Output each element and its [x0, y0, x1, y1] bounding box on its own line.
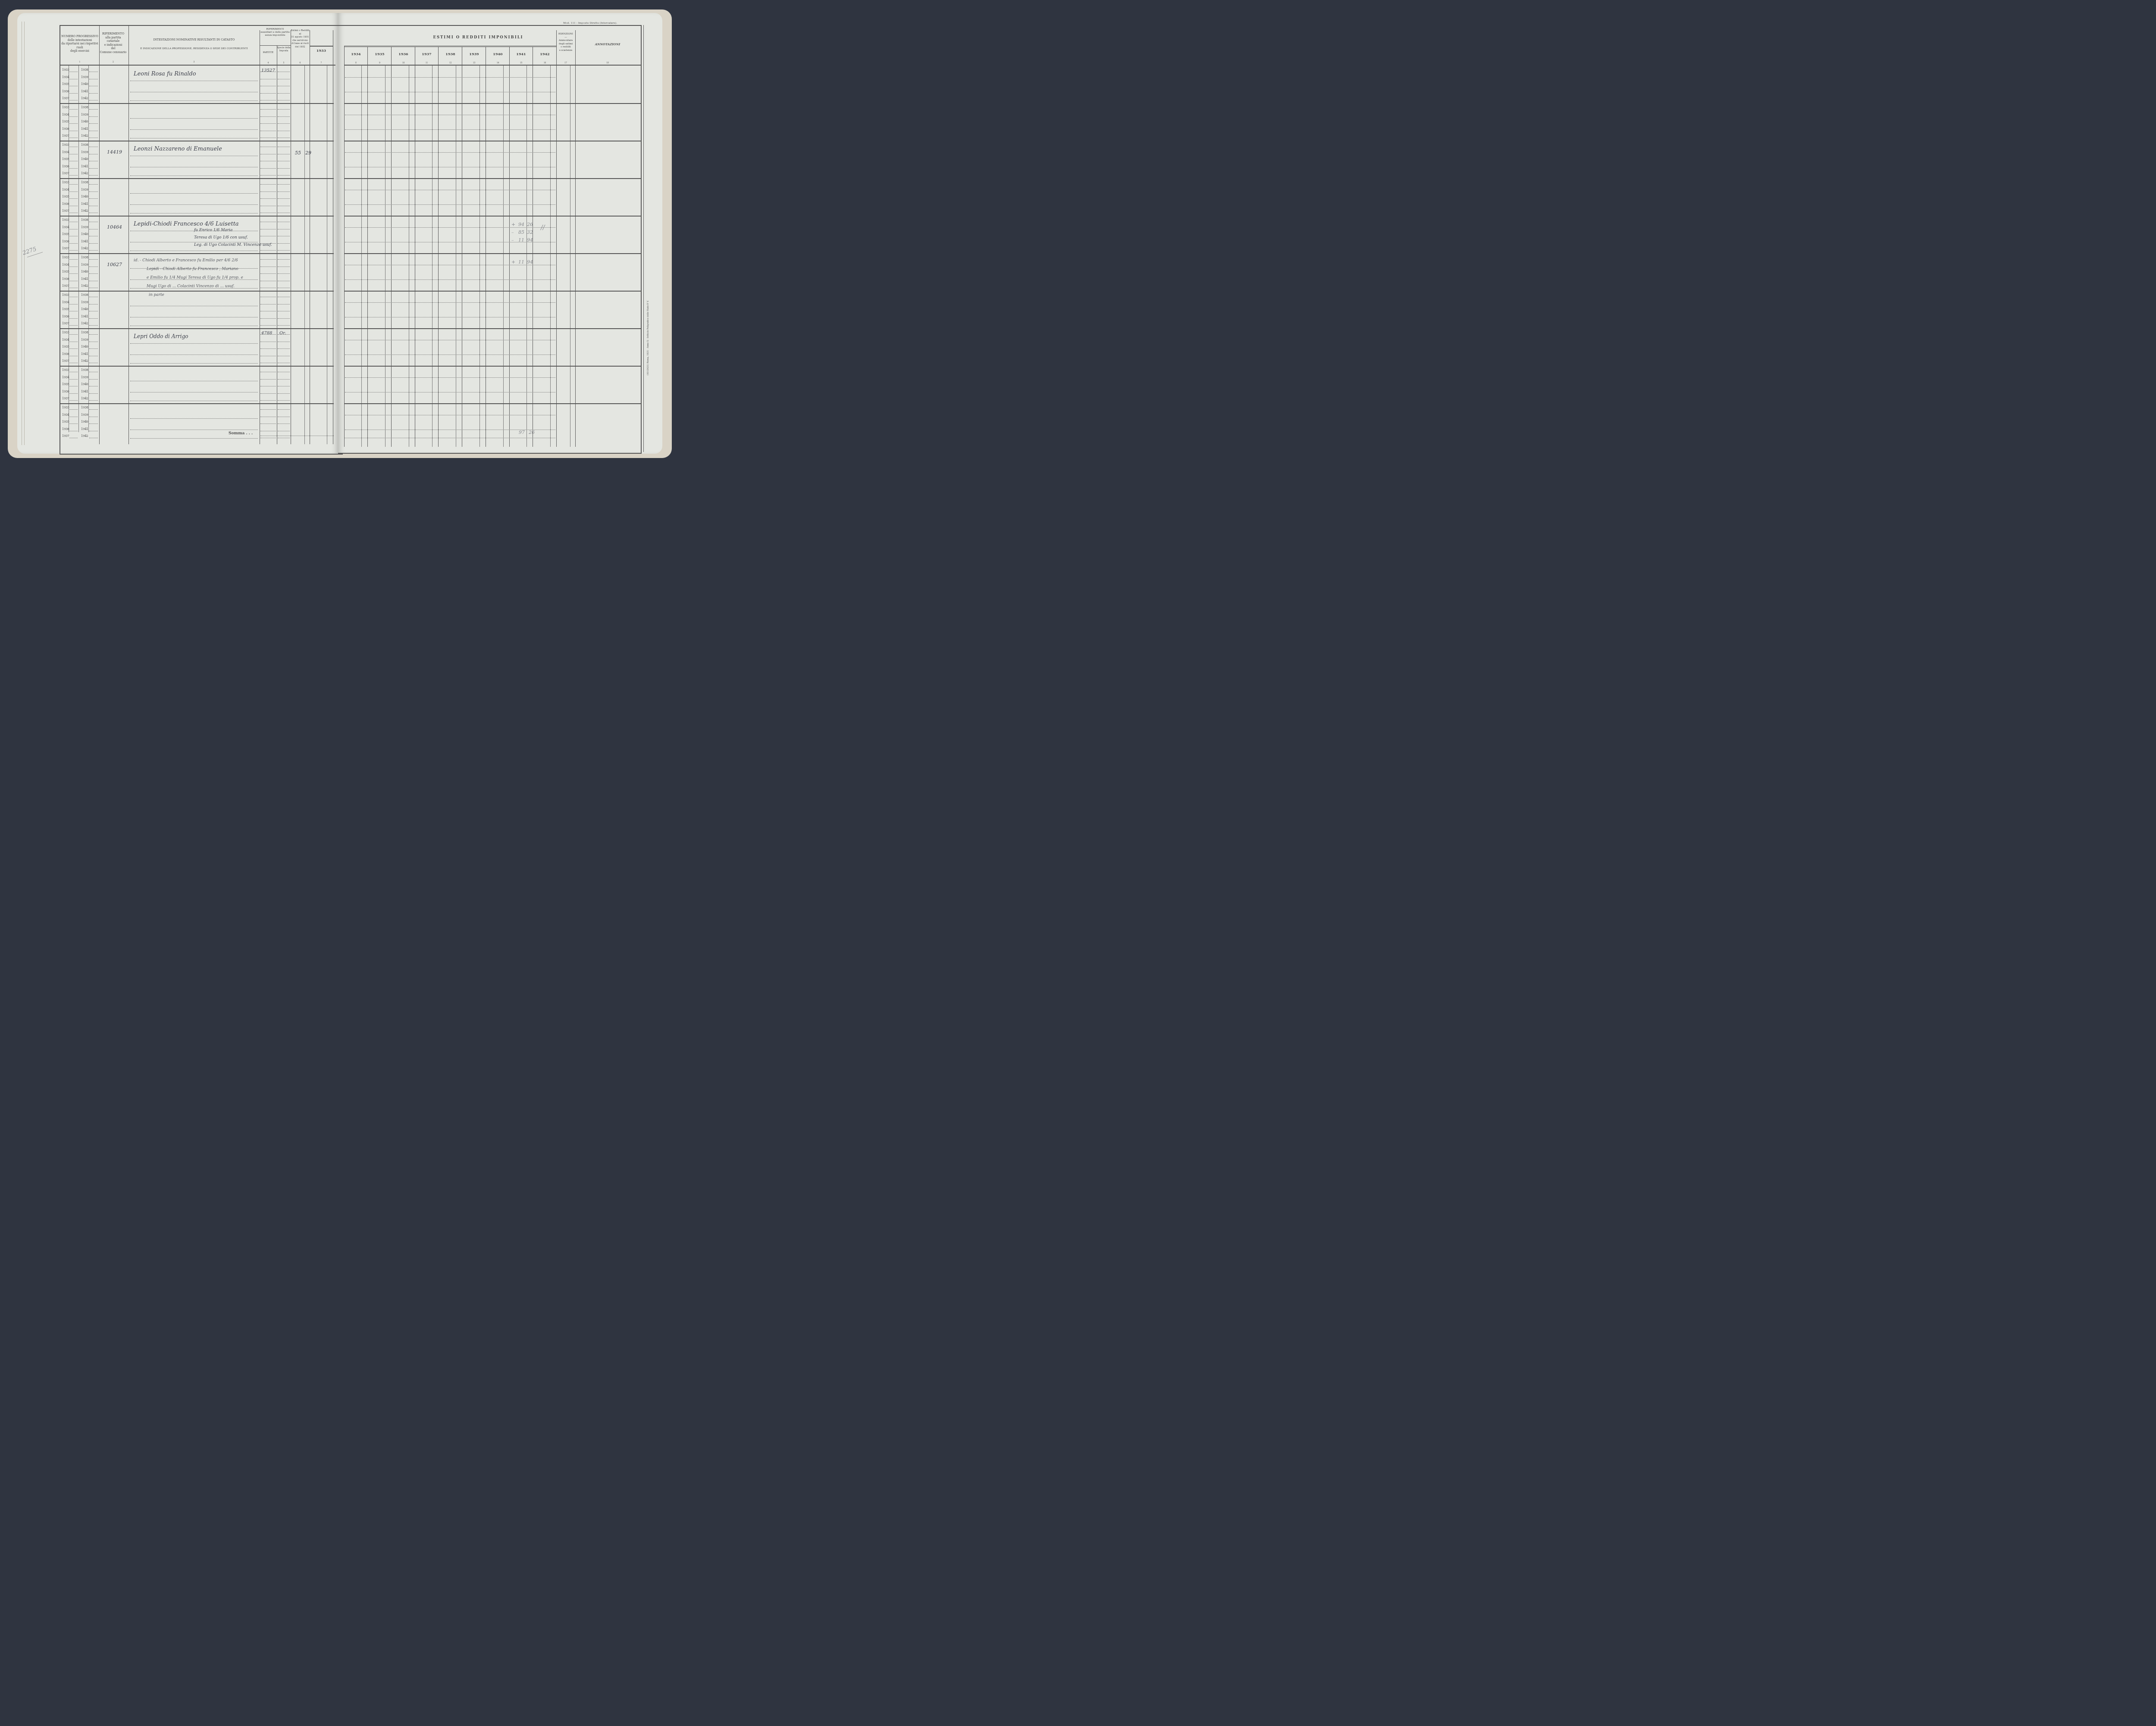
value-1941-sign: +	[511, 259, 515, 265]
dotted-rule	[260, 386, 276, 386]
dotted-rule	[345, 392, 555, 392]
year-label: 1936	[62, 202, 69, 206]
block-separator	[60, 366, 334, 367]
col6-line: del 1932	[291, 46, 310, 49]
dotted-rule	[69, 325, 78, 326]
dotted-rule	[69, 250, 78, 251]
col-subdivider	[327, 66, 327, 444]
dotted-rule	[260, 267, 276, 267]
annotazioni-title: ANNOTAZIONI	[575, 42, 640, 46]
dotted-rule	[260, 229, 276, 229]
page-edge	[24, 22, 25, 445]
dotted-rule	[278, 229, 290, 229]
dotted-rule	[345, 355, 555, 355]
block-separator	[344, 403, 641, 404]
dotted-rule	[89, 409, 98, 410]
dotted-rule	[89, 154, 98, 154]
dotted-rule	[260, 342, 276, 342]
dotted-rule	[89, 86, 98, 86]
dotted-rule	[260, 273, 276, 274]
block-separator	[344, 253, 641, 254]
esenzioni-dash: —	[556, 36, 575, 40]
year-label: 1938	[81, 218, 88, 222]
dotted-rule	[69, 281, 78, 281]
dotted-rule	[89, 229, 98, 229]
dotted-rule	[89, 363, 98, 363]
col45-header: RIFERIMENTI sussidiari e delle partite s…	[260, 28, 291, 37]
year-label: 1941	[81, 315, 88, 318]
value-1941-lire: 85	[518, 229, 524, 235]
name-line	[130, 129, 258, 130]
owner-name-line: fu Enrico 1/6 Maria	[194, 228, 232, 232]
year-label: 1940	[81, 120, 88, 123]
name-line	[130, 317, 258, 317]
dotted-rule	[260, 168, 276, 169]
year-label: 1941	[81, 90, 88, 93]
year-col-number: 11	[415, 62, 439, 64]
year-label: 1940	[81, 308, 88, 311]
col-subdivider	[550, 66, 551, 447]
left-table	[60, 25, 343, 455]
dotted-rule	[69, 206, 78, 206]
dotted-rule	[278, 273, 290, 274]
partita-reference: 10464	[107, 224, 122, 230]
sum-line	[260, 436, 334, 436]
name-line	[130, 306, 258, 306]
block-separator	[344, 291, 641, 292]
block-separator	[60, 403, 334, 404]
col3-header: INTESTAZIONI NOMINATIVE RISULTANTI IN CA…	[128, 38, 260, 50]
name-line	[130, 156, 258, 156]
col7-top-rule	[310, 46, 333, 47]
col1-line: degli esercizi	[60, 49, 99, 53]
esenzioni-line: degli estimi	[556, 43, 575, 46]
block-separator	[60, 103, 334, 104]
dotted-rule	[69, 379, 78, 380]
year-label: 1937	[62, 434, 69, 438]
year-col-number: 13	[462, 62, 486, 64]
owner-name-line: Leoni Rosa fu Rinaldo	[134, 71, 196, 77]
col-divider	[260, 30, 260, 444]
dotted-rule	[89, 168, 98, 169]
col-divider	[509, 47, 510, 447]
dotted-rule	[260, 206, 276, 206]
dotted-rule	[69, 273, 78, 274]
mark-1942: //	[541, 224, 545, 231]
col1-subdivider	[78, 66, 79, 432]
form-model-label: Mod. 111 - Imposte Dirette (Intercalare)…	[563, 22, 617, 25]
esenzioni-line: o redditi	[556, 46, 575, 49]
estimi-1932-cent: 29	[305, 150, 311, 156]
value-1941-cent: 94	[527, 259, 533, 265]
year-label: 1935	[62, 82, 69, 86]
dotted-rule	[278, 86, 290, 86]
year-label: 1934	[62, 113, 69, 116]
col2-line: e indicazioni	[99, 43, 127, 47]
col2-header: RIFERIMENTO alla partita catastale e ind…	[99, 32, 127, 54]
page-edge	[22, 22, 22, 445]
owner-name-line: Leg. di Ugo Colacinti M. Vincenzo usuf.	[194, 243, 272, 247]
name-line	[130, 392, 258, 392]
estimi-1932-lire: 55	[295, 150, 301, 156]
dotted-rule	[345, 340, 555, 340]
dotted-rule	[89, 198, 98, 199]
year-label: 1942	[81, 322, 88, 325]
year-label: 1938	[81, 181, 88, 184]
year-label: 1935	[62, 195, 69, 198]
col-divider	[291, 30, 291, 444]
year-label: 1935	[62, 157, 69, 161]
dotted-rule	[278, 318, 290, 319]
dotted-rule	[278, 288, 290, 288]
outer-rule	[643, 25, 644, 452]
dotted-rule	[278, 379, 290, 380]
value-1941-lire: 11	[518, 237, 524, 243]
dotted-rule	[278, 72, 290, 72]
dotted-rule	[69, 243, 78, 244]
year-label: 1935	[62, 270, 69, 273]
col6-line: che servirono	[291, 39, 310, 43]
dotted-rule	[69, 138, 78, 138]
dotted-rule	[260, 250, 276, 251]
dotted-rule	[89, 325, 98, 326]
col2-number: 2	[99, 61, 127, 63]
dotted-rule	[278, 372, 290, 372]
year-label: 1938	[81, 106, 88, 109]
col-divider	[391, 47, 392, 447]
year-label: 1934	[62, 226, 69, 229]
col7-year: 1933	[310, 48, 333, 53]
dotted-rule	[69, 213, 78, 213]
col1-line: da riportarsi nei rispettivi ruoli	[60, 42, 99, 49]
value-1941-lire: 94	[518, 222, 524, 227]
dotted-rule	[278, 250, 290, 251]
year-label: 1933	[62, 143, 69, 147]
dotted-rule	[278, 424, 290, 424]
name-line	[130, 251, 258, 251]
year-label: 1941	[81, 427, 88, 431]
dotted-rule	[278, 267, 290, 267]
col5-number: 5	[277, 62, 291, 64]
dotted-rule	[89, 288, 98, 288]
col-divider	[333, 30, 333, 444]
dotted-rule	[69, 93, 78, 94]
name-line	[130, 213, 258, 213]
year-label: 1939	[81, 376, 88, 379]
header-rule	[60, 65, 335, 66]
year-label: 1934	[62, 188, 69, 191]
col6-header: Estimi o Redditi al 31 agosto 1931 che s…	[291, 29, 310, 49]
year-label: 1936	[62, 90, 69, 93]
name-line	[130, 204, 258, 205]
col3-subtitle: E INDICAZIONE DELLA PROFESSIONE, RESIDEN…	[128, 47, 260, 51]
dotted-rule	[278, 417, 290, 417]
dotted-rule	[89, 281, 98, 281]
col-subdivider	[304, 66, 305, 444]
col1-title: NUMERO PROGRESSIVO	[60, 35, 99, 38]
dotted-rule	[69, 168, 78, 169]
dotted-rule	[89, 250, 98, 251]
dotted-rule	[69, 393, 78, 394]
col-divider	[128, 26, 129, 444]
dotted-rule	[69, 409, 78, 410]
year-label: 1939	[81, 75, 88, 79]
block-separator	[60, 328, 334, 329]
dotted-rule	[69, 363, 78, 363]
col6-line: 31 agosto 1931	[291, 36, 310, 39]
dotted-rule	[345, 279, 555, 280]
dotted-rule	[69, 311, 78, 311]
dotted-rule	[278, 297, 290, 297]
col-subdivider	[456, 66, 456, 447]
year-label: 1937	[62, 397, 69, 400]
dotted-rule	[89, 297, 98, 297]
year-label: 1934	[62, 263, 69, 267]
year-label: 1941	[81, 202, 88, 206]
year-label: 1935	[62, 345, 69, 348]
owner-name-line: Leonzi Nazzareno di Emanuele	[134, 146, 222, 152]
dotted-rule	[278, 348, 290, 349]
dotted-rule	[89, 400, 98, 401]
col-divider	[99, 26, 100, 444]
dotted-rule	[278, 409, 290, 410]
year-label: 1942	[81, 284, 88, 288]
dotted-rule	[345, 92, 555, 92]
year-label: 1941	[81, 352, 88, 356]
dotted-rule	[345, 190, 555, 190]
partite-value: 4788	[261, 331, 272, 336]
col1-subdivider	[88, 66, 89, 432]
dotted-rule	[345, 167, 555, 167]
year-header: 1935	[368, 52, 392, 56]
col-subdivider	[361, 66, 362, 447]
value-1941-cent: 94	[527, 237, 533, 243]
col-subdivider	[570, 66, 570, 447]
dotted-rule	[260, 222, 276, 222]
dotted-rule	[69, 154, 78, 154]
partita-reference: 10627	[107, 262, 122, 267]
owner-name-line: Mugi Ugo di ... Colacinti Vincenzo di ..…	[147, 284, 235, 289]
dotted-rule	[278, 184, 290, 185]
owner-name-line: e Emilio fu 1/4 Mugi Teresa di Ugo fu 1/…	[147, 276, 243, 280]
dotted-rule	[89, 424, 98, 424]
dotted-rule	[89, 191, 98, 192]
year-label: 1942	[81, 172, 88, 175]
year-label: 1942	[81, 247, 88, 250]
name-line	[130, 118, 258, 119]
block-separator	[344, 103, 641, 104]
year-col-number: 10	[392, 62, 415, 64]
dotted-rule	[69, 79, 78, 79]
dotted-rule	[278, 168, 290, 169]
dotted-rule	[345, 317, 555, 317]
dotted-rule	[278, 161, 290, 161]
col3-title: INTESTAZIONI NOMINATIVE RISULTANTI IN CA…	[128, 38, 260, 42]
year-label: 1942	[81, 209, 88, 213]
name-line	[130, 343, 258, 344]
ledger-book: 2275 NUMERO PROGRESSIVO delle intestazio…	[8, 9, 672, 458]
left-page: 2275 NUMERO PROGRESSIVO delle intestazio…	[17, 13, 338, 454]
year-label: 1939	[81, 338, 88, 342]
year-label: 1934	[62, 75, 69, 79]
dotted-rule	[89, 138, 98, 138]
col-subdivider	[432, 66, 432, 447]
year-label: 1940	[81, 345, 88, 348]
year-label: 1941	[81, 390, 88, 393]
year-label: 1938	[81, 368, 88, 372]
dotted-rule	[69, 342, 78, 342]
year-label: 1933	[62, 331, 69, 334]
year-label: 1939	[81, 113, 88, 116]
name-line	[130, 81, 258, 81]
year-header: 1937	[415, 52, 439, 56]
col6-title: Estimi o Redditi	[291, 29, 310, 33]
col1-header: NUMERO PROGRESSIVO delle intestazioni da…	[60, 35, 99, 53]
col3-number: 3	[128, 61, 260, 63]
dotted-rule	[278, 342, 290, 342]
dotted-rule	[69, 184, 78, 185]
year-label: 1936	[62, 127, 69, 131]
dotted-rule	[278, 222, 290, 222]
dotted-rule	[278, 356, 290, 356]
col4-number: 4	[260, 62, 277, 64]
year-label: 1937	[62, 322, 69, 325]
col-divider	[310, 30, 310, 444]
owner-name-line: Lepri Oddo di Arrigo	[134, 333, 188, 339]
dotted-rule	[89, 222, 98, 222]
year-label: 1938	[81, 256, 88, 259]
dotted-rule	[69, 175, 78, 176]
col-divider	[367, 47, 368, 447]
dotted-rule	[260, 348, 276, 349]
dotted-rule	[69, 86, 78, 86]
esenzioni-header: ESENZIONI — Ammontare degli estimi o red…	[556, 33, 575, 52]
col-subdivider	[409, 66, 409, 447]
dotted-rule	[69, 147, 78, 147]
year-label: 1937	[62, 172, 69, 175]
dotted-rule	[278, 154, 290, 154]
dotted-rule	[69, 417, 78, 417]
dotted-rule	[89, 236, 98, 236]
col-divider	[575, 30, 576, 447]
dotted-rule	[89, 386, 98, 386]
group-rule	[344, 46, 556, 47]
year-label: 1933	[62, 181, 69, 184]
dotted-rule	[89, 342, 98, 342]
dotted-rule	[345, 77, 555, 78]
dotted-rule	[89, 161, 98, 161]
name-line	[130, 100, 258, 101]
dotted-rule	[69, 161, 78, 161]
year-label: 1941	[81, 165, 88, 168]
dotted-rule	[260, 325, 276, 326]
col-divider	[462, 47, 462, 447]
name-line	[130, 418, 258, 419]
year-label: 1940	[81, 232, 88, 236]
dotted-rule	[278, 325, 290, 326]
col45-divider	[260, 45, 291, 46]
dotted-rule	[260, 356, 276, 356]
name-line	[130, 167, 258, 167]
annotazioni-number: 18	[575, 62, 640, 64]
dotted-rule	[345, 115, 555, 115]
dotted-rule	[69, 356, 78, 356]
owner-name-line: Lepidi - Chiodi Alberto fu Francesco , M…	[147, 267, 238, 271]
col7-number: 7	[310, 62, 333, 64]
col-divider	[344, 46, 345, 447]
year-label: 1933	[62, 368, 69, 372]
dotted-rule	[69, 267, 78, 267]
col-subdivider	[526, 66, 527, 447]
year-label: 1938	[81, 293, 88, 297]
year-label: 1936	[62, 390, 69, 393]
dotted-rule	[260, 438, 276, 438]
dotted-rule	[278, 400, 290, 401]
partite-value: 13527	[261, 68, 275, 73]
block-separator	[344, 216, 641, 217]
dotted-rule	[89, 438, 98, 438]
year-label: 1942	[81, 434, 88, 438]
group-title: ESTIMI O REDDITI IMPONIBILI	[401, 35, 556, 40]
year-header: 1939	[462, 52, 486, 56]
dotted-rule	[260, 213, 276, 213]
dotted-rule	[69, 198, 78, 199]
dotted-rule	[260, 304, 276, 304]
year-label: 1940	[81, 195, 88, 198]
name-line	[130, 438, 258, 439]
owner-name-line: Lepidi-Chiodi Francesco 4/6 Luisetta	[134, 221, 239, 227]
dotted-rule	[260, 86, 276, 86]
year-header: 1936	[392, 52, 415, 56]
dotted-rule	[278, 198, 290, 199]
dotted-rule	[69, 288, 78, 288]
dotted-rule	[260, 123, 276, 124]
name-line	[130, 355, 258, 355]
dotted-rule	[260, 431, 276, 431]
year-label: 1939	[81, 263, 88, 267]
dotted-rule	[260, 363, 276, 363]
year-label: 1933	[62, 106, 69, 109]
dotted-rule	[89, 93, 98, 94]
name-line	[130, 326, 258, 326]
col5-title: Specie della Imposta	[277, 47, 291, 53]
dotted-rule	[278, 100, 290, 100]
year-label: 1936	[62, 352, 69, 356]
dotted-rule	[89, 356, 98, 356]
specie-imposta: Or.	[279, 331, 286, 336]
dotted-rule	[69, 431, 78, 431]
dotted-rule	[69, 400, 78, 401]
year-label: 1933	[62, 218, 69, 222]
year-label: 1934	[62, 301, 69, 304]
block-separator	[60, 178, 334, 179]
esenzioni-line: Ammontare	[556, 39, 575, 43]
year-label: 1941	[81, 240, 88, 243]
dotted-rule	[278, 236, 290, 236]
dotted-rule	[69, 100, 78, 100]
name-line	[130, 92, 258, 92]
name-line	[130, 430, 258, 430]
col2-line: del	[99, 47, 127, 50]
year-label: 1934	[62, 151, 69, 154]
dotted-rule	[89, 184, 98, 185]
dotted-rule	[89, 267, 98, 267]
dotted-rule	[69, 131, 78, 131]
year-label: 1941	[81, 127, 88, 131]
dotted-rule	[345, 265, 555, 265]
dotted-rule	[260, 138, 276, 138]
owner-name-line: Teresa di Ugo 1/6 con usuf.	[194, 235, 248, 240]
